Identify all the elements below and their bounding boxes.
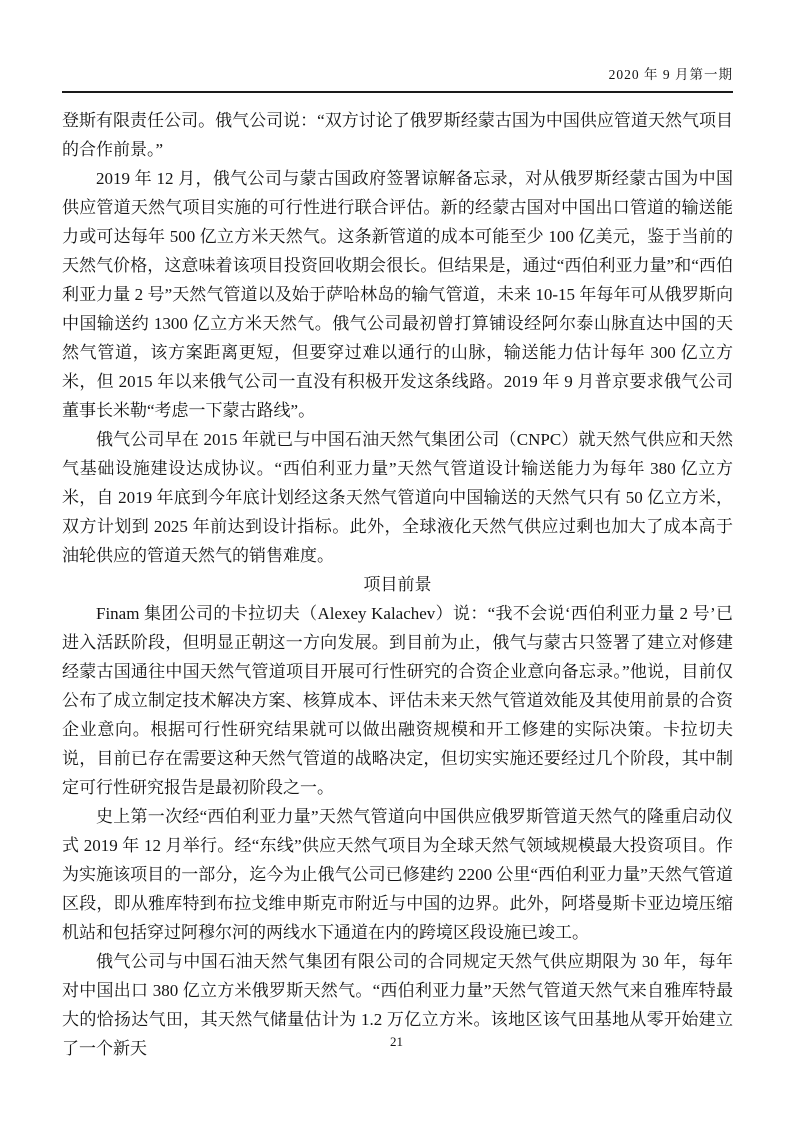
header-divider: [62, 91, 733, 93]
issue-label: 2020 年 9 月第一期: [609, 67, 733, 82]
page-number: 21: [390, 1034, 403, 1049]
body-paragraph: 2019 年 12 月，俄气公司与蒙古国政府签署谅解备忘录，对从俄罗斯经蒙古国为…: [62, 164, 733, 425]
page-footer: 21: [0, 1033, 793, 1051]
body-paragraph: 登斯有限责任公司。俄气公司说：“双方讨论了俄罗斯经蒙古国为中国供应管道天然气项目…: [62, 106, 733, 164]
body-paragraph: 史上第一次经“西伯利亚力量”天然气管道向中国供应俄罗斯管道天然气的隆重启动仪式 …: [62, 802, 733, 947]
body-paragraph: 俄气公司早在 2015 年就已与中国石油天然气集团公司（CNPC）就天然气供应和…: [62, 425, 733, 570]
section-heading: 项目前景: [62, 570, 733, 599]
document-page: 2020 年 9 月第一期 登斯有限责任公司。俄气公司说：“双方讨论了俄罗斯经蒙…: [0, 0, 793, 1122]
body-paragraph: Finam 集团公司的卡拉切夫（Alexey Kalachev）说：“我不会说‘…: [62, 599, 733, 802]
page-header: 2020 年 9 月第一期: [62, 66, 733, 84]
page-body: 登斯有限责任公司。俄气公司说：“双方讨论了俄罗斯经蒙古国为中国供应管道天然气项目…: [62, 106, 733, 1063]
